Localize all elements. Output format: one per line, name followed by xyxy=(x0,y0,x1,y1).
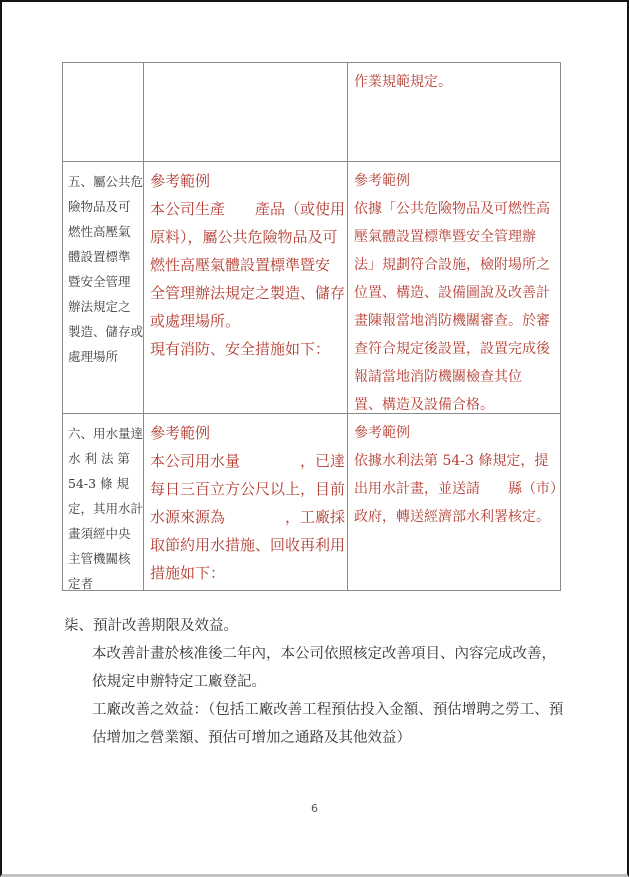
section-7-block: 柒、預計改善期限及效益。 本改善計畫於核准後二年內，本公司依照核定改善項目、內容… xyxy=(64,612,569,752)
cell-item6-example: 參考範例 本公司用水量 ，已達 每日三百立方公尺以上，目前 水源來源為 ，工廠採… xyxy=(144,414,348,591)
cell-item6-regulation: 參考範例 依據水利法第 54-3 條規定，提 出用水計畫，並送請 縣（市） 政府… xyxy=(348,414,561,591)
cell-continued-regulation: 作業規範規定。 xyxy=(348,63,561,162)
cell-item6-category: 六、用水量達 水 利 法 第 54-3 條 規 定，其用水計 畫須經中央 主管機… xyxy=(63,414,144,591)
improvement-plan-table: 作業規範規定。 五、屬公共危 險物品及可 燃性高壓氣 體設置標準 暨安全管理 辦… xyxy=(62,62,561,591)
cell-continued-category xyxy=(63,63,144,162)
paragraph-improvement-benefit: 工廠改善之效益：（包括工廠改善工程預估投入金額、預估增聘之勞工、預 估增加之營業… xyxy=(92,696,569,752)
page-number: 6 xyxy=(2,802,627,815)
paragraph-improvement-period: 本改善計畫於核准後二年內，本公司依照核定改善項目、內容完成改善， 依規定申辦特定… xyxy=(92,640,569,696)
cell-item5-example: 參考範例 本公司生產 產品（或使用 原料），屬公共危險物品及可 燃性高壓氣體設置… xyxy=(144,162,348,414)
cell-item5-regulation: 參考範例 依據「公共危險物品及可燃性高 壓氣體設置標準暨安全管理辦 法」規劃符合… xyxy=(348,162,561,414)
document-page: 作業規範規定。 五、屬公共危 險物品及可 燃性高壓氣 體設置標準 暨安全管理 辦… xyxy=(0,0,629,877)
cell-continued-example xyxy=(144,63,348,162)
cell-item5-category: 五、屬公共危 險物品及可 燃性高壓氣 體設置標準 暨安全管理 辦法規定之 製造、… xyxy=(63,162,144,414)
section-heading: 柒、預計改善期限及效益。 xyxy=(64,612,569,640)
